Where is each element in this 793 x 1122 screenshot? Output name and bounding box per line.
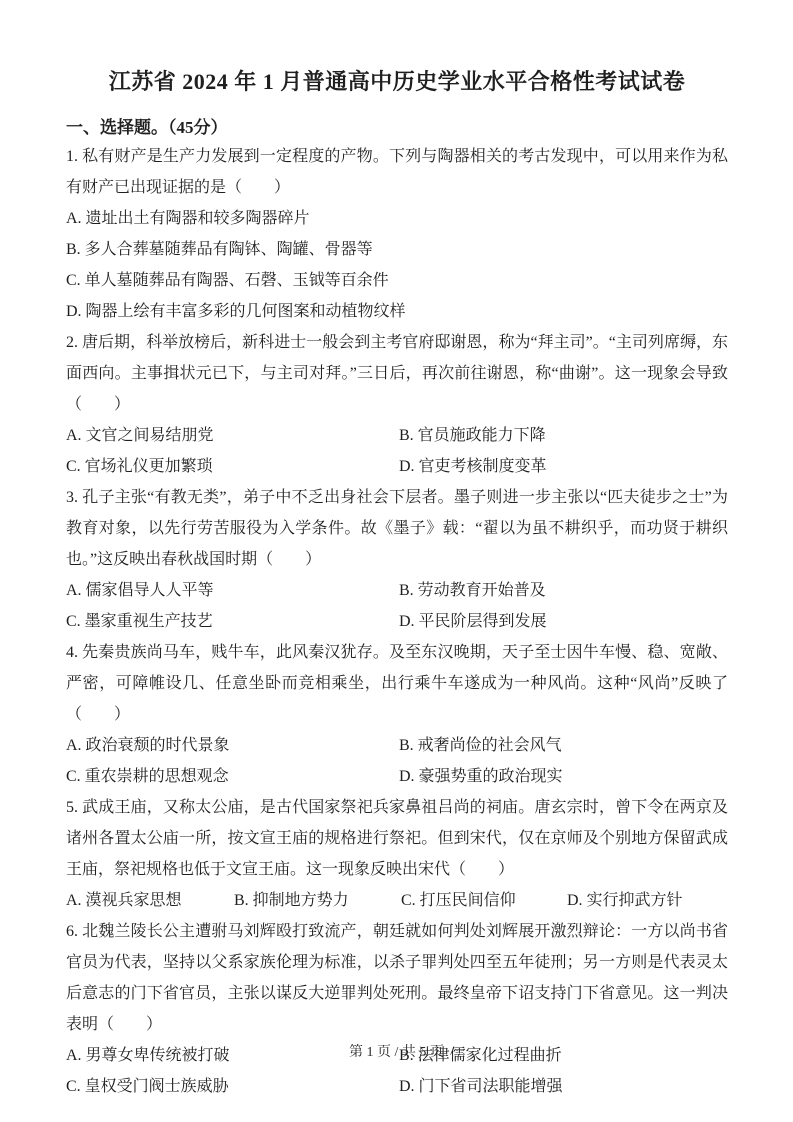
question-stem: 5. 武成王庙，又称太公庙，是古代国家祭祀兵家鼻祖吕尚的祠庙。唐玄宗时，曾下令在… — [66, 792, 728, 885]
question-1: 1. 私有财产是生产力发展到一定程度的产物。下列与陶器相关的考古发现中，可以用来… — [66, 141, 728, 327]
page-title: 江苏省 2024 年 1 月普通高中历史学业水平合格性考试试卷 — [66, 66, 728, 98]
option: B. 抑制地方势力 — [234, 885, 401, 916]
question-6: 6. 北魏兰陵长公主遭驸马刘辉殴打致流产，朝廷就如何判处刘辉展开激烈辩论：一方以… — [66, 916, 728, 1102]
option: A. 儒家倡导人人平等 — [66, 575, 399, 606]
question-4: 4. 先秦贵族尚马车，贱牛车，此风秦汉犹存。及至东汉晚期，天子至士因牛车慢、稳、… — [66, 637, 728, 792]
option: A. 遗址出土有陶器和较多陶器碎片 — [66, 203, 728, 234]
option: D. 陶器上绘有丰富多彩的几何图案和动植物纹样 — [66, 296, 728, 327]
option: D. 平民阶层得到发展 — [399, 606, 728, 637]
option: B. 戒奢尚俭的社会风气 — [399, 730, 728, 761]
option: D. 门下省司法职能增强 — [399, 1071, 728, 1102]
question-stem: 3. 孔子主张“有教无类”，弟子中不乏出身社会下层者。墨子则进一步主张以“匹夫徒… — [66, 482, 728, 575]
question-options: A. 遗址出土有陶器和较多陶器碎片 B. 多人合葬墓随葬品有陶钵、陶罐、骨器等 … — [66, 203, 728, 327]
page-content: 江苏省 2024 年 1 月普通高中历史学业水平合格性考试试卷 一、选择题。（4… — [66, 66, 728, 1102]
option: C. 墨家重视生产技艺 — [66, 606, 399, 637]
option: C. 皇权受门阀士族威胁 — [66, 1071, 399, 1102]
option: D. 官吏考核制度变革 — [399, 451, 728, 482]
option: A. 政治衰颓的时代景象 — [66, 730, 399, 761]
option: B. 劳动教育开始普及 — [399, 575, 728, 606]
option: A. 文官之间易结朋党 — [66, 420, 399, 451]
question-options: A. 文官之间易结朋党 B. 官员施政能力下降 C. 官场礼仪更加繁琐 D. 官… — [66, 420, 728, 482]
option: D. 豪强势重的政治现实 — [399, 761, 728, 792]
section-heading: 一、选择题。（45分） — [66, 115, 728, 141]
question-stem: 4. 先秦贵族尚马车，贱牛车，此风秦汉犹存。及至东汉晚期，天子至士因牛车慢、稳、… — [66, 637, 728, 730]
option: B. 多人合葬墓随葬品有陶钵、陶罐、骨器等 — [66, 234, 728, 265]
question-3: 3. 孔子主张“有教无类”，弟子中不乏出身社会下层者。墨子则进一步主张以“匹夫徒… — [66, 482, 728, 637]
question-stem: 2. 唐后期，科举放榜后，新科进士一般会到主考官府邸谢恩，称为“拜主司”。“主司… — [66, 327, 728, 420]
option: C. 单人墓随葬品有陶器、石磬、玉钺等百余件 — [66, 265, 728, 296]
question-5: 5. 武成王庙，又称太公庙，是古代国家祭祀兵家鼻祖吕尚的祠庙。唐玄宗时，曾下令在… — [66, 792, 728, 916]
question-options: A. 儒家倡导人人平等 B. 劳动教育开始普及 C. 墨家重视生产技艺 D. 平… — [66, 575, 728, 637]
page-footer: 第 1 页 / 共 5 页 — [0, 1043, 793, 1063]
option: A. 漠视兵家思想 — [66, 885, 234, 916]
option: C. 官场礼仪更加繁琐 — [66, 451, 399, 482]
question-stem: 6. 北魏兰陵长公主遭驸马刘辉殴打致流产，朝廷就如何判处刘辉展开激烈辩论：一方以… — [66, 916, 728, 1040]
option: D. 实行抑武方针 — [567, 885, 728, 916]
question-stem: 1. 私有财产是生产力发展到一定程度的产物。下列与陶器相关的考古发现中，可以用来… — [66, 141, 728, 203]
option: C. 打压民间信仰 — [401, 885, 567, 916]
question-options: A. 漠视兵家思想 B. 抑制地方势力 C. 打压民间信仰 D. 实行抑武方针 — [66, 885, 728, 916]
option: B. 官员施政能力下降 — [399, 420, 728, 451]
option: C. 重农崇耕的思想观念 — [66, 761, 399, 792]
question-options: A. 政治衰颓的时代景象 B. 戒奢尚俭的社会风气 C. 重农崇耕的思想观念 D… — [66, 730, 728, 792]
exam-paper-page: 江苏省 2024 年 1 月普通高中历史学业水平合格性考试试卷 一、选择题。（4… — [0, 0, 793, 1122]
question-2: 2. 唐后期，科举放榜后，新科进士一般会到主考官府邸谢恩，称为“拜主司”。“主司… — [66, 327, 728, 482]
